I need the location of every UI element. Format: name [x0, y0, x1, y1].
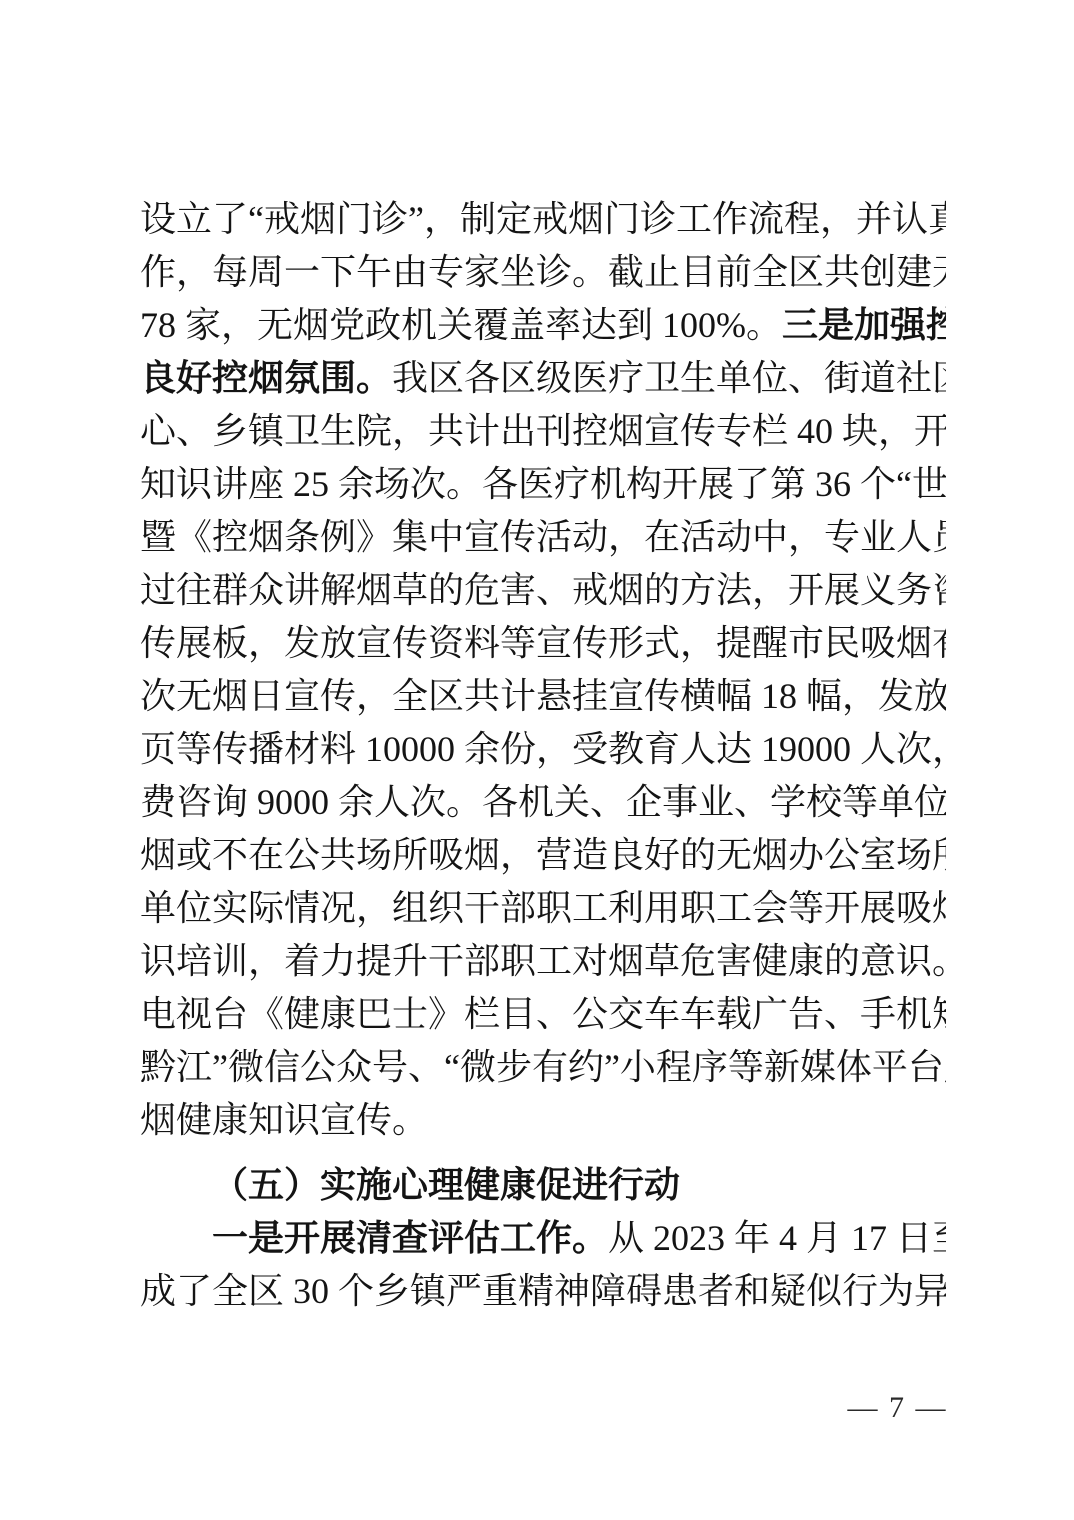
text-segment: 从 2023 年 4 月 17 日至 5 月 9 日完 — [608, 1218, 946, 1258]
text-line: 良好控烟氛围。我区各区级医疗卫生单位、街道社区卫生服务中 — [140, 352, 946, 405]
text-segment: 烟健康知识宣传。 — [140, 1100, 428, 1140]
text-line: 心、乡镇卫生院，共计出刊控烟宣传专栏 40 块，开展控烟健康 — [140, 405, 946, 458]
text-segment: 作，每周一下午由专家坐诊。截止目前全区共创建无烟党政机关 — [140, 252, 946, 292]
bold-text-segment: 良好控烟氛围。 — [140, 358, 392, 398]
text-line: 识培训，着力提升干部职工对烟草危害健康的意识。充分利用区 — [140, 935, 946, 988]
text-segment: 页等传播材料 10000 余份，受教育人达 19000 人次，接受市民免 — [140, 729, 946, 769]
text-line: 一是开展清查评估工作。从 2023 年 4 月 17 日至 5 月 9 日完 — [140, 1212, 946, 1265]
text-line: 费咨询 9000 余人次。各机关、企事业、学校等单位领导带头戒 — [140, 776, 946, 829]
page-number: — 7 — — [840, 1390, 955, 1426]
bold-text-segment: 一是开展清查评估工作。 — [212, 1218, 608, 1258]
text-line: 传展板，发放宣传资料等宣传形式，提醒市民吸烟有害健康。本 — [140, 617, 946, 670]
text-segment: 电视台《健康巴士》栏目、公交车车载广告、手机短信、“健康 — [140, 994, 946, 1034]
document-text: 设立了“戒烟门诊”，制定戒烟门诊工作流程，并认真开展相关工作，每周一下午由专家坐… — [140, 193, 946, 1318]
text-segment: 知识讲座 25 余场次。各医疗机构开展了第 36 个“世界无烟日” — [140, 464, 946, 504]
text-segment: 黔江”微信公众号、“微步有约”小程序等新媒体平台广泛开展控 — [140, 1047, 946, 1087]
text-line: 暨《控烟条例》集中宣传活动，在活动中，专业人员主要通过向 — [140, 511, 946, 564]
bold-text-segment: （五）实施心理健康促进行动 — [212, 1165, 680, 1205]
text-segment: 78 家，无烟党政机关覆盖率达到 100%。 — [140, 305, 782, 345]
text-segment: 单位实际情况，组织干部职工利用职工会等开展吸烟有害健康知 — [140, 888, 946, 928]
text-line: 页等传播材料 10000 余份，受教育人达 19000 人次，接受市民免 — [140, 723, 946, 776]
text-line: 烟健康知识宣传。 — [140, 1094, 946, 1147]
text-segment: 心、乡镇卫生院，共计出刊控烟宣传专栏 40 块，开展控烟健康 — [140, 411, 946, 451]
text-line: 单位实际情况，组织干部职工利用职工会等开展吸烟有害健康知 — [140, 882, 946, 935]
text-segment: 设立了“戒烟门诊”，制定戒烟门诊工作流程，并认真开展相关工 — [140, 199, 946, 239]
text-line: 成了全区 30 个乡镇严重精神障碍患者和疑似行为异常人员的清 — [140, 1265, 946, 1318]
text-line: 次无烟日宣传，全区共计悬挂宣传横幅 18 幅，发放控烟知识折 — [140, 670, 946, 723]
text-line: （五）实施心理健康促进行动 — [140, 1159, 946, 1212]
bold-text-segment: 三是加强控烟宣传营造 — [782, 305, 946, 345]
text-line: 黔江”微信公众号、“微步有约”小程序等新媒体平台广泛开展控 — [140, 1041, 946, 1094]
text-segment: 费咨询 9000 余人次。各机关、企事业、学校等单位领导带头戒 — [140, 782, 946, 822]
document-page: 设立了“戒烟门诊”，制定戒烟门诊工作流程，并认真开展相关工作，每周一下午由专家坐… — [0, 0, 1074, 1520]
text-segment: 传展板，发放宣传资料等宣传形式，提醒市民吸烟有害健康。本 — [140, 623, 946, 663]
text-segment: 我区各区级医疗卫生单位、街道社区卫生服务中 — [392, 358, 946, 398]
text-line: 78 家，无烟党政机关覆盖率达到 100%。三是加强控烟宣传营造 — [140, 299, 946, 352]
text-line: 知识讲座 25 余场次。各医疗机构开展了第 36 个“世界无烟日” — [140, 458, 946, 511]
text-line: 电视台《健康巴士》栏目、公交车车载广告、手机短信、“健康 — [140, 988, 946, 1041]
text-line: 作，每周一下午由专家坐诊。截止目前全区共创建无烟党政机关 — [140, 246, 946, 299]
text-segment: 烟或不在公共场所吸烟，营造良好的无烟办公室场所，并结合本 — [140, 835, 946, 875]
text-segment: 识培训，着力提升干部职工对烟草危害健康的意识。充分利用区 — [140, 941, 946, 981]
text-segment: 暨《控烟条例》集中宣传活动，在活动中，专业人员主要通过向 — [140, 517, 946, 557]
text-segment: 过往群众讲解烟草的危害、戒烟的方法，开展义务咨询，展出宣 — [140, 570, 946, 610]
text-line: 设立了“戒烟门诊”，制定戒烟门诊工作流程，并认真开展相关工 — [140, 193, 946, 246]
text-segment: 次无烟日宣传，全区共计悬挂宣传横幅 18 幅，发放控烟知识折 — [140, 676, 946, 716]
text-segment: 成了全区 30 个乡镇严重精神障碍患者和疑似行为异常人员的清 — [140, 1271, 946, 1311]
text-line: 过往群众讲解烟草的危害、戒烟的方法，开展义务咨询，展出宣 — [140, 564, 946, 617]
text-line: 烟或不在公共场所吸烟，营造良好的无烟办公室场所，并结合本 — [140, 829, 946, 882]
